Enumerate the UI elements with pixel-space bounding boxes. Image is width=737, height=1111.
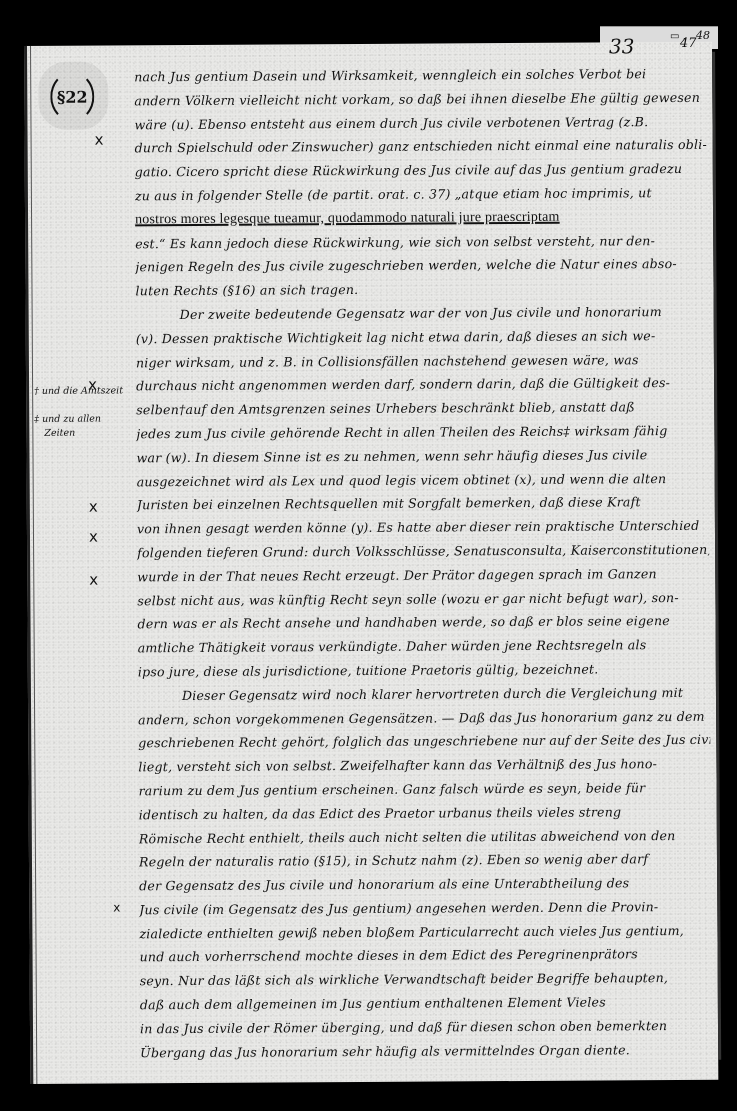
text-line: andern, schon vorgekommenen Gegensätzen.… bbox=[138, 704, 710, 731]
text-line: wurde in der That neues Recht erzeugt. D… bbox=[137, 562, 709, 589]
margin-x-mark: x bbox=[89, 571, 98, 589]
text-line: rarium zu dem Jus gentium erscheinen. Ga… bbox=[138, 776, 710, 803]
text-line: Jus civile (im Gegensatz des Jus gentium… bbox=[139, 895, 711, 922]
text-line: ausgezeichnet wird als Lex und quod legi… bbox=[137, 466, 709, 493]
section-stamp: §22 bbox=[38, 61, 108, 129]
folio-number-main: 33 bbox=[609, 34, 635, 58]
margin-x-mark: x bbox=[95, 131, 104, 149]
margin-x-mark: x bbox=[89, 528, 98, 546]
manuscript-page: 33 47 §22 x x x x x x † und die Amtszeit… bbox=[24, 42, 718, 1084]
manuscript-text: nach Jus gentium Dasein und Wirksamkeit,… bbox=[134, 62, 712, 1065]
text-line: jedes zum Jus civile gehörende Recht in … bbox=[136, 419, 708, 446]
text-line: amtliche Thätigkeit voraus verkündigte. … bbox=[138, 633, 710, 660]
margin-x-mark: x bbox=[113, 900, 120, 914]
text-line: Juristen bei einzelnen Rechtsquellen mit… bbox=[137, 490, 709, 517]
page-right-edge bbox=[712, 52, 721, 1060]
text-line: selben†auf den Amtsgrenzen seines Urhebe… bbox=[136, 395, 708, 422]
text-line-paragraph-start: Dieser Gegensatz wird noch klarer hervor… bbox=[138, 681, 710, 708]
text-line: seyn. Nur das läßt sich als wirkliche Ve… bbox=[140, 966, 712, 993]
text-line-latin-quote: nostros mores legesque tueamur, quodammo… bbox=[135, 205, 707, 232]
margin-x-mark: x bbox=[89, 498, 98, 516]
text-line: est.“ Es kann jedoch diese Rückwirkung, … bbox=[135, 228, 707, 255]
text-line: der Gegensatz des Jus civile und honorar… bbox=[139, 871, 711, 898]
margin-note: Zeiten bbox=[44, 428, 75, 440]
text-line: jenigen Regeln des Jus civile zugeschrie… bbox=[135, 252, 707, 279]
text-line: geschriebenen Recht gehört, folglich das… bbox=[138, 728, 710, 755]
section-mark: §22 bbox=[50, 72, 94, 122]
text-line: niger wirksam, und z. B. in Collisionsfä… bbox=[136, 347, 708, 374]
text-line: daß auch dem allgemeinen im Jus gentium … bbox=[140, 990, 712, 1017]
back-sheet-folio: 48 bbox=[696, 29, 710, 42]
text-line: identisch zu halten, da das Edict des Pr… bbox=[139, 800, 711, 827]
text-line: und auch vorherrschend mochte dieses in … bbox=[139, 942, 711, 969]
text-line: Regeln der naturalis ratio (§15), in Sch… bbox=[139, 847, 711, 874]
text-line: von ihnen gesagt werden könne (y). Es ha… bbox=[137, 514, 709, 541]
text-line: Übergang das Jus honorarium sehr häufig … bbox=[140, 1037, 712, 1064]
text-line: zialedicte enthielten gewiß neben bloßem… bbox=[139, 919, 711, 946]
text-line: gatio. Cicero spricht diese Rückwirkung … bbox=[135, 157, 707, 184]
margin-note: ‡ und zu allen bbox=[34, 414, 101, 426]
text-line: in das Jus civile der Römer überging, un… bbox=[140, 1014, 712, 1041]
text-line: ipso jure, diese als jurisdictione, tuit… bbox=[138, 657, 710, 684]
text-line: selbst nicht aus, was künftig Recht seyn… bbox=[137, 585, 709, 612]
text-line: Römische Recht enthielt, theils auch nic… bbox=[139, 823, 711, 850]
text-line: luten Rechts (§16) an sich tragen. bbox=[135, 276, 707, 303]
text-line: liegt, versteht sich von selbst. Zweifel… bbox=[138, 752, 710, 779]
text-line: war (w). In diesem Sinne ist es zu nehme… bbox=[136, 443, 708, 470]
text-line: dern was er als Recht ansehe und handhab… bbox=[137, 609, 709, 636]
margin-note: † und die Amtszeit bbox=[34, 385, 123, 398]
text-line: folgenden tieferen Grund: durch Volkssch… bbox=[137, 538, 709, 565]
text-line: (v). Dessen praktische Wichtigkeit lag n… bbox=[136, 324, 708, 351]
text-line: wäre (u). Ebenso entsteht aus einem durc… bbox=[134, 109, 706, 136]
text-line: zu aus in folgender Stelle (de partit. o… bbox=[135, 181, 707, 208]
text-line: durchaus nicht angenommen werden darf, s… bbox=[136, 371, 708, 398]
text-line-paragraph-start: Der zweite bedeutende Gegensatz war der … bbox=[136, 300, 708, 327]
text-line: nach Jus gentium Dasein und Wirksamkeit,… bbox=[134, 62, 706, 89]
text-line: durch Spielschuld oder Zinswucher) ganz … bbox=[135, 133, 707, 160]
text-line: andern Völkern vielleicht nicht vorkam, … bbox=[134, 86, 706, 113]
folio-number-secondary: 47 bbox=[680, 36, 697, 51]
